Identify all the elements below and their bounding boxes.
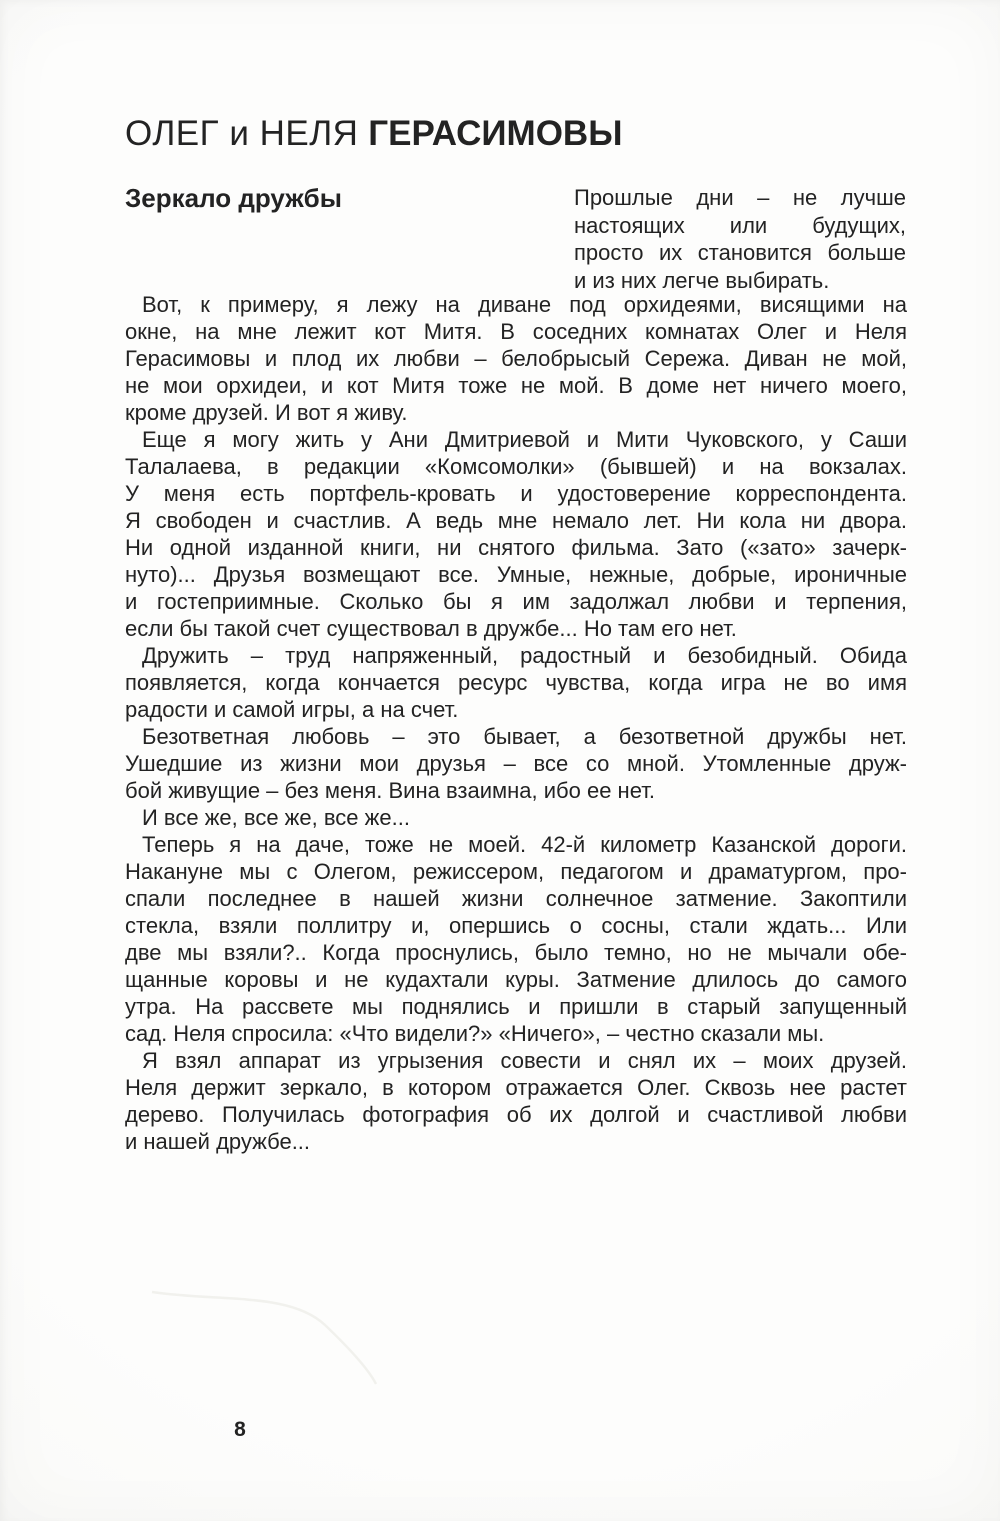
paragraph: Вот, к примеру, я лежу на диване под орх… <box>125 291 907 426</box>
epigraph-line: настоящих или будущих, <box>574 212 906 240</box>
text-line: появляется, когда кончается ресурс чувст… <box>125 669 907 696</box>
epigraph-line: и из них легче выбирать. <box>574 267 906 295</box>
paragraph: Я взял аппарат из угрызения совести и сн… <box>125 1047 907 1155</box>
text-line: не мои орхидеи, и кот Митя тоже не мой. … <box>125 372 907 399</box>
lead-row: Зеркало дружбы Прошлые дни – не лучшенас… <box>125 184 906 294</box>
paragraph: И все же, все же, все же... <box>125 804 907 831</box>
text-line: и гостеприимные. Сколько бы я им задолжа… <box>125 588 907 615</box>
text-line: две мы взяли?.. Когда проснулись, было т… <box>125 939 907 966</box>
text-line: Неля держит зеркало, в котором отражаетс… <box>125 1074 907 1101</box>
epigraph-line: просто их становится больше <box>574 239 906 267</box>
text-line: бой живущие – без меня. Вина взаимна, иб… <box>125 777 907 804</box>
text-line: Еще я могу жить у Ани Дмитриевой и Мити … <box>125 426 907 453</box>
text-line: кроме друзей. И вот я живу. <box>125 399 907 426</box>
chapter-authors: ОЛЕГ и НЕЛЯГЕРАСИМОВЫ <box>125 112 622 156</box>
text-line: окне, на мне лежит кот Митя. В соседних … <box>125 318 907 345</box>
text-line: Накануне мы с Олегом, режиссером, педаго… <box>125 858 907 885</box>
text-line: У меня есть портфель-кровать и удостовер… <box>125 480 907 507</box>
text-line: Вот, к примеру, я лежу на диване под орх… <box>125 291 907 318</box>
text-line: Ушедшие из жизни мои друзья – все со мно… <box>125 750 907 777</box>
text-line: спали последнее в нашей жизни солнечное … <box>125 885 907 912</box>
text-line: утра. На рассвете мы поднялись и пришли … <box>125 993 907 1020</box>
text-line: нуто)... Друзья возмещают все. Умные, не… <box>125 561 907 588</box>
book-page: ОЛЕГ и НЕЛЯГЕРАСИМОВЫ Зеркало дружбы Про… <box>0 0 1000 1521</box>
text-line: Дружить – труд напряженный, радостный и … <box>125 642 907 669</box>
text-line: и нашей дружбе... <box>125 1128 907 1155</box>
text-line: сад. Неля спросила: «Что видели?» «Ничег… <box>125 1020 907 1047</box>
text-line: Герасимовы и плод их любви – белобрысый … <box>125 345 907 372</box>
text-line: дерево. Получилась фотография об их долг… <box>125 1101 907 1128</box>
text-line: Я взял аппарат из угрызения совести и сн… <box>125 1047 907 1074</box>
text-line: Безответная любовь – это бывает, а безот… <box>125 723 907 750</box>
text-line: радости и самой игры, а на счет. <box>125 696 907 723</box>
paragraph: Еще я могу жить у Ани Дмитриевой и Мити … <box>125 426 907 642</box>
epigraph-line: Прошлые дни – не лучше <box>574 184 906 212</box>
authors-names: ОЛЕГ и НЕЛЯ <box>125 114 358 153</box>
paragraph: Теперь я на даче, тоже не моей. 42-й кил… <box>125 831 907 1047</box>
text-line: стекла, взяли поллитру и, опершись о сос… <box>125 912 907 939</box>
paragraph: Безответная любовь – это бывает, а безот… <box>125 723 907 804</box>
text-line: щанные коровы и не кудахтали куры. Затме… <box>125 966 907 993</box>
authors-surname: ГЕРАСИМОВЫ <box>368 114 622 153</box>
text-line: если бы такой счет существовал в дружбе.… <box>125 615 907 642</box>
page-number: 8 <box>226 1418 254 1442</box>
text-line: Ни одной изданной книги, ни снятого филь… <box>125 534 907 561</box>
text-line: Я свободен и счастлив. А ведь мне немало… <box>125 507 907 534</box>
text-line: Теперь я на даче, тоже не моей. 42-й кил… <box>125 831 907 858</box>
text-line: Талалаева, в редакции «Комсомолки» (бывш… <box>125 453 907 480</box>
paragraph: Дружить – труд напряженный, радостный и … <box>125 642 907 723</box>
section-title: Зеркало дружбы <box>125 184 342 213</box>
body-text: Вот, к примеру, я лежу на диване под орх… <box>125 291 907 1155</box>
text-line: И все же, все же, все же... <box>125 804 907 831</box>
epigraph: Прошлые дни – не лучшенастоящих или буду… <box>574 184 906 294</box>
